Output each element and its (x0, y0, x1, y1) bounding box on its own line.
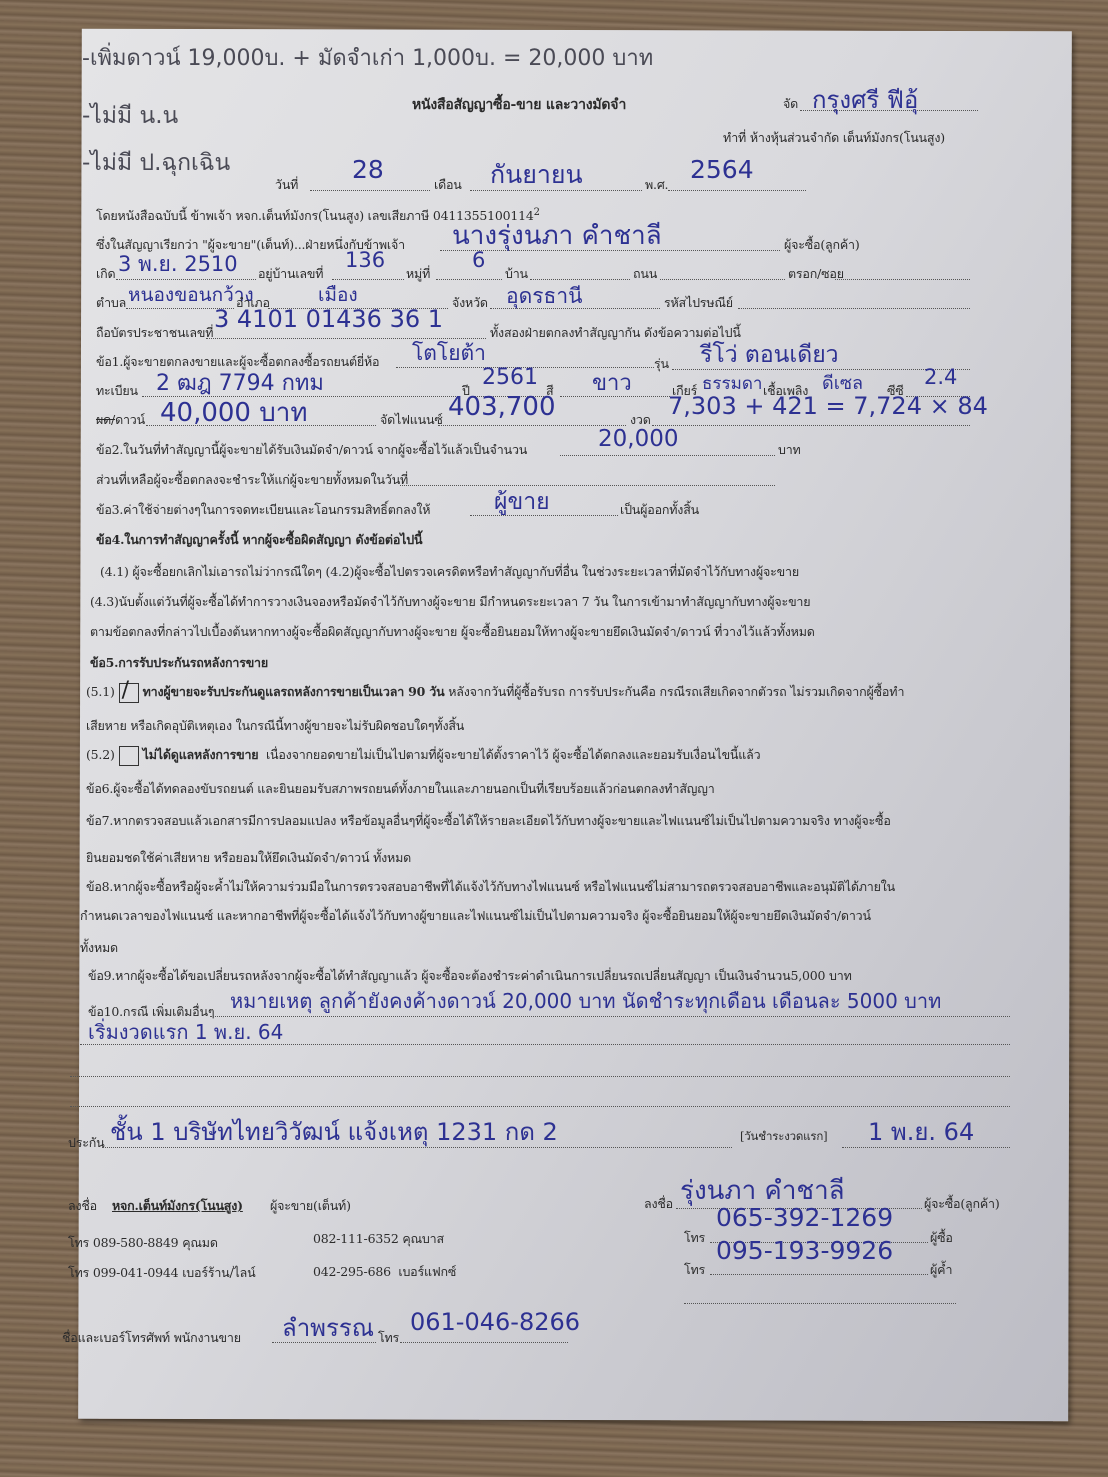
id-label: ถือบัตรประชาชนเลขที่ (96, 323, 213, 343)
guarantor-phone-label: โทร (684, 1260, 705, 1280)
down-value: 40,000 บาท (160, 392, 307, 433)
clause9-text: ข้อ9.หากผู้จะซื้อได้ขอเปลี่ยนรถหลังจากผู… (88, 966, 852, 986)
warranty-option-1: (5.1)/ทางผู้ขายจะรับประกันดูแลรถหลังการข… (86, 682, 904, 703)
model-label: รุ่น (654, 354, 669, 374)
clause3-text: ข้อ3.ค่าใช้จ่ายต่างๆในการจดทะเบียนและโอน… (96, 500, 430, 520)
buyer-role-label: ผู้จะซื้อ(ลูกค้า) (784, 235, 860, 255)
cc-value: 2.4 (924, 365, 957, 389)
made-by-label: จัด (783, 94, 798, 114)
seller-fax: 042-295-686 เบอร์แฟกซ์ (313, 1262, 456, 1282)
finance-label: จัดไฟแนนซ์ (380, 410, 443, 430)
document-title: หนังสือสัญญาซื้อ-ขาย และวางมัดจำ (412, 94, 626, 116)
finance-value: 403,700 (448, 392, 556, 422)
seller-phone-2: 082-111-6352 คุณบาส (313, 1229, 444, 1249)
seller-sign-label: ลงชื่อ (68, 1196, 97, 1216)
moo-label: หมู่ที่ (406, 264, 430, 284)
salesperson-label: ชื่อและเบอร์โทรศัพท์ พนักงานขาย (62, 1328, 241, 1348)
made-by-value: กรุงศรี ฟีอุ้ (812, 80, 918, 119)
no-warranty-checkbox[interactable] (119, 746, 139, 766)
id-value: 3 4101 01436 36 1 (214, 305, 443, 333)
clause5-title: ข้อ5.การรับประกันรถหลังการขาย (90, 653, 268, 673)
born-label: เกิด (96, 264, 115, 284)
postcode-label: รหัสไปรษณีย์ (664, 293, 733, 313)
clause4-line-2: (4.3)นับตั้งแต่วันที่ผู้จะซื้อได้ทำการวา… (90, 592, 810, 612)
deposit-value: 20,000 (598, 426, 678, 452)
salesperson-name: ลำพรรณ (282, 1308, 374, 1347)
year-value: 2564 (690, 155, 754, 184)
clause7-line-2: ยินยอมชดใช้ค่าเสียหาย หรือยอมให้ยึดเงินม… (86, 848, 411, 868)
province-label: จังหวัด (452, 293, 488, 313)
day-label: วันที่ (275, 175, 298, 195)
color-value: ขาว (592, 365, 632, 400)
clause6-text: ข้อ6.ผู้จะซื้อได้ทดลองขับรถยนต์ และยินยอ… (86, 779, 715, 799)
car-year-value: 2561 (482, 365, 538, 390)
tambon-label: ตำบล (96, 293, 126, 313)
clause2-rest-text: ส่วนที่เหลือผู้จะซื้อตกลงจะชำระให้แก่ผู้… (96, 470, 408, 490)
expense-payer-value: ผู้ขาย (494, 484, 550, 520)
warranty-90-days-checkbox[interactable]: / (119, 683, 139, 703)
buyer-sign-role: ผู้จะซื้อ(ลูกค้า) (924, 1194, 1000, 1214)
road-label: ถนน (633, 264, 657, 284)
buyer-phone-label: โทร (684, 1228, 705, 1248)
year-label: พ.ศ. (645, 175, 668, 195)
house-no-value: 136 (345, 248, 385, 272)
model-value: รีโว่ ตอนเดียว (700, 337, 839, 373)
clause7-line-1: ข้อ7.หากตรวจสอบแล้วเอกสารมีการปลอมแปลง ห… (86, 811, 891, 831)
seller-name: หจก.เต็นท์มังกร(โนนสูง) (112, 1196, 243, 1216)
born-value: 3 พ.ย. 2510 (118, 248, 238, 281)
province-value: อุดรธานี (506, 280, 583, 313)
first-payment-label: [วันชำระงวดแรก] (740, 1128, 827, 1146)
insurance-value: ชั้น 1 บริษัทไทยวิวัฒน์ แจ้งเหตุ 1231 กด… (110, 1112, 558, 1151)
car-brand-value: โตโยต้า (412, 337, 486, 370)
warranty-option-1-cont: เสียหาย หรือเกิดอุบัติเหตุเอง ในกรณีนี้ท… (86, 716, 464, 736)
down-label: ผด/ดาวน์ (96, 410, 145, 430)
check-mark-icon: / (122, 678, 129, 703)
buyer-phone-role: ผู้ซื้อ (930, 1228, 953, 1248)
month-value: กันยายน (490, 155, 583, 195)
seller-role: ผู้จะขาย(เต็นท์) (270, 1196, 351, 1216)
buyer-phone: 065-392-1269 (716, 1203, 893, 1232)
place-label: ทำที่ ห้างหุ้นส่วนจำกัด เต็นท์มังกร(โนนส… (723, 128, 945, 148)
buyer-sign-label: ลงชื่อ (644, 1194, 673, 1214)
guarantor-phone-role: ผู้ค้ำ (930, 1260, 952, 1280)
guarantor-phone: 095-193-9926 (716, 1236, 893, 1265)
margin-note-3: -ไม่มี ป.ฉุกเฉิน (82, 145, 230, 181)
seller-phone-3: โทร 099-041-0944 เบอร์ร้าน/ไลน์ (68, 1263, 255, 1283)
clause4-line-3: ตามข้อตกลงที่กล่าวไปเบื้องต้นหากทางผู้จะ… (90, 622, 815, 642)
clause8-line-2: กำหนดเวลาของไฟแนนซ์ และหากอาชีพที่ผู้จะซ… (80, 906, 871, 926)
clause8-line-1: ข้อ8.หากผู้จะซื้อหรือผู้จะค้ำไม่ให้ความร… (86, 877, 895, 897)
margin-note-1: -เพิ่มดาวน์ 19,000บ. + มัดจำเก่า 1,000บ.… (82, 40, 653, 75)
moo-value: 6 (472, 248, 485, 272)
house-no-label: อยู่บ้านเลขที่ (258, 264, 323, 284)
first-payment-value: 1 พ.ย. 64 (868, 1112, 974, 1151)
clause10-note-line-1: หมายเหตุ ลูกค้ายังคงค้างดาวน์ 20,000 บาท… (230, 985, 941, 1017)
clause4-line-1: (4.1) ผู้จะซื้อยกเลิกไม่เอารถไม่ว่ากรณีใ… (100, 562, 799, 582)
soi-label: ตรอก/ซอย (788, 264, 844, 284)
clause8-line-3: ทั้งหมด (80, 938, 118, 958)
clause2-text: ข้อ2.ในวันที่ทำสัญญานี้ผู้จะขายได้รับเงิ… (96, 440, 527, 460)
salesperson-phone: 061-046-8266 (410, 1308, 580, 1336)
salesperson-phone-label: โทร (378, 1328, 399, 1348)
installment-value: 7,303 + 421 = 7,724 × 84 (668, 392, 988, 420)
deposit-unit: บาท (778, 440, 801, 460)
month-label: เดือน (434, 175, 462, 195)
day-value: 28 (352, 155, 384, 184)
margin-note-2: -ไม่มี น.น (82, 98, 178, 134)
clause4-title: ข้อ4.ในการทำสัญญาครั้งนี้ หากผู้จะซื้อผิ… (96, 530, 422, 550)
clause10-note-line-2: เริ่มงวดแรก 1 พ.ย. 64 (88, 1016, 283, 1048)
clause3-suffix: เป็นผู้ออกทั้งสิ้น (620, 500, 699, 520)
seller-phone-1: โทร 089-580-8849 คุณมด (68, 1233, 218, 1253)
reg-label: ทะเบียน (96, 381, 138, 401)
insurance-label: ประกัน (68, 1133, 104, 1153)
warranty-option-2: (5.2)ไม่ได้ดูแลหลังการขาย เนื่องจากยอดขา… (86, 745, 760, 766)
